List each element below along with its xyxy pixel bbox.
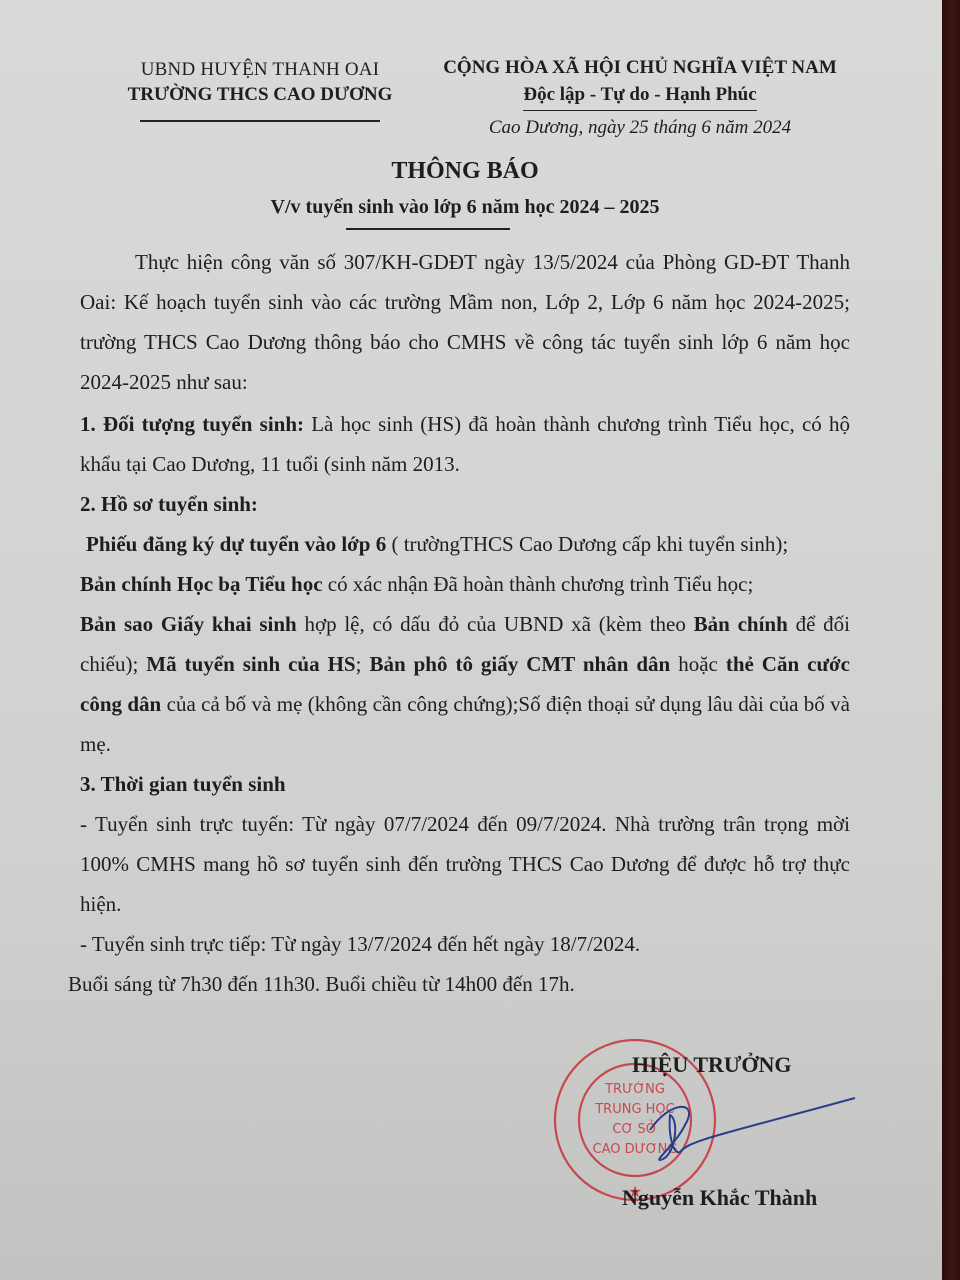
khaisinh-text: hợp lệ, có dấu đỏ của UBND xã (kèm theo [297, 612, 694, 636]
direct-enrollment: - Tuyển sinh trực tiếp: Từ ngày 13/7/202… [80, 924, 850, 964]
section-2-heading: 2. Hồ sơ tuyển sinh: [80, 492, 258, 516]
ma-tuyen-sinh-label: Mã tuyển sinh của HS [146, 652, 355, 676]
hocba-text: có xác nhận Đã hoàn thành chương trình T… [323, 572, 754, 596]
subtitle-rule [346, 228, 510, 230]
section-2-heading-line: 2. Hồ sơ tuyển sinh: [80, 484, 850, 524]
section-1: 1. Đối tượng tuyển sinh: Là học sinh (HS… [80, 404, 850, 484]
motto: Độc lập - Tự do - Hạnh Phúc [523, 81, 756, 111]
document-subtitle: V/v tuyển sinh vào lớp 6 năm học 2024 – … [0, 196, 930, 219]
hocba-label: Bản chính Học bạ Tiểu học [80, 572, 323, 596]
khaisinh-label: Bản sao Giấy khai sinh [80, 612, 297, 636]
place-date: Cao Dương, ngày 25 tháng 6 năm 2024 [420, 113, 860, 143]
header-left-rule [140, 120, 380, 122]
desk-edge [942, 0, 960, 1280]
sections-1-2: 1. Đối tượng tuyển sinh: Là học sinh (HS… [80, 404, 850, 764]
section-2-item-hocba: Bản chính Học bạ Tiểu học có xác nhận Đã… [80, 564, 850, 604]
school-name: TRƯỜNG THCS CAO DƯƠNG [100, 82, 420, 108]
signatory-role: HIỆU TRƯỞNG [632, 1052, 792, 1078]
header-left: UBND HUYỆN THANH OAI TRƯỜNG THCS CAO DƯƠ… [100, 58, 420, 122]
nation-name: CỘNG HÒA XÃ HỘI CHỦ NGHĨA VIỆT NAM [420, 55, 860, 81]
section-1-heading: 1. Đối tượng tuyển sinh: [80, 412, 304, 436]
signatory-name: Nguyễn Khắc Thành [622, 1185, 817, 1211]
online-enrollment: - Tuyển sinh trực tuyến: Từ ngày 07/7/20… [80, 804, 850, 924]
document-title: THÔNG BÁO [0, 158, 930, 185]
section-2-item-documents: Bản sao Giấy khai sinh hợp lệ, có dấu đỏ… [80, 604, 850, 764]
cccd-text: của cả bố và mẹ (không cần công chứng);S… [80, 692, 850, 756]
authority-name: UBND HUYỆN THANH OAI [100, 58, 420, 82]
phieu-label: Phiếu đăng ký dự tuyển vào lớp 6 [86, 532, 386, 556]
phieu-text: ( trườngTHCS Cao Dương cấp khi tuyển sin… [386, 532, 788, 556]
separator-text: ; [356, 652, 370, 676]
banchinh-label: Bản chính [694, 612, 788, 636]
cmt-label: Bản phô tô giấy CMT nhân dân [369, 652, 670, 676]
office-hours: Buổi sáng từ 7h30 đến 11h30. Buổi chiều … [68, 964, 850, 1004]
signature-icon [630, 1090, 860, 1170]
section-3: 3. Thời gian tuyển sinh - Tuyển sinh trự… [80, 764, 850, 1004]
intro-paragraph: Thực hiện công văn số 307/KH-GDĐT ngày 1… [80, 242, 850, 402]
hoac-text: hoặc [670, 652, 726, 676]
section-2-item-phieu: Phiếu đăng ký dự tuyển vào lớp 6 ( trườn… [80, 524, 850, 564]
section-3-heading: 3. Thời gian tuyển sinh [80, 772, 286, 796]
header-right: CỘNG HÒA XÃ HỘI CHỦ NGHĨA VIỆT NAM Độc l… [420, 55, 860, 143]
